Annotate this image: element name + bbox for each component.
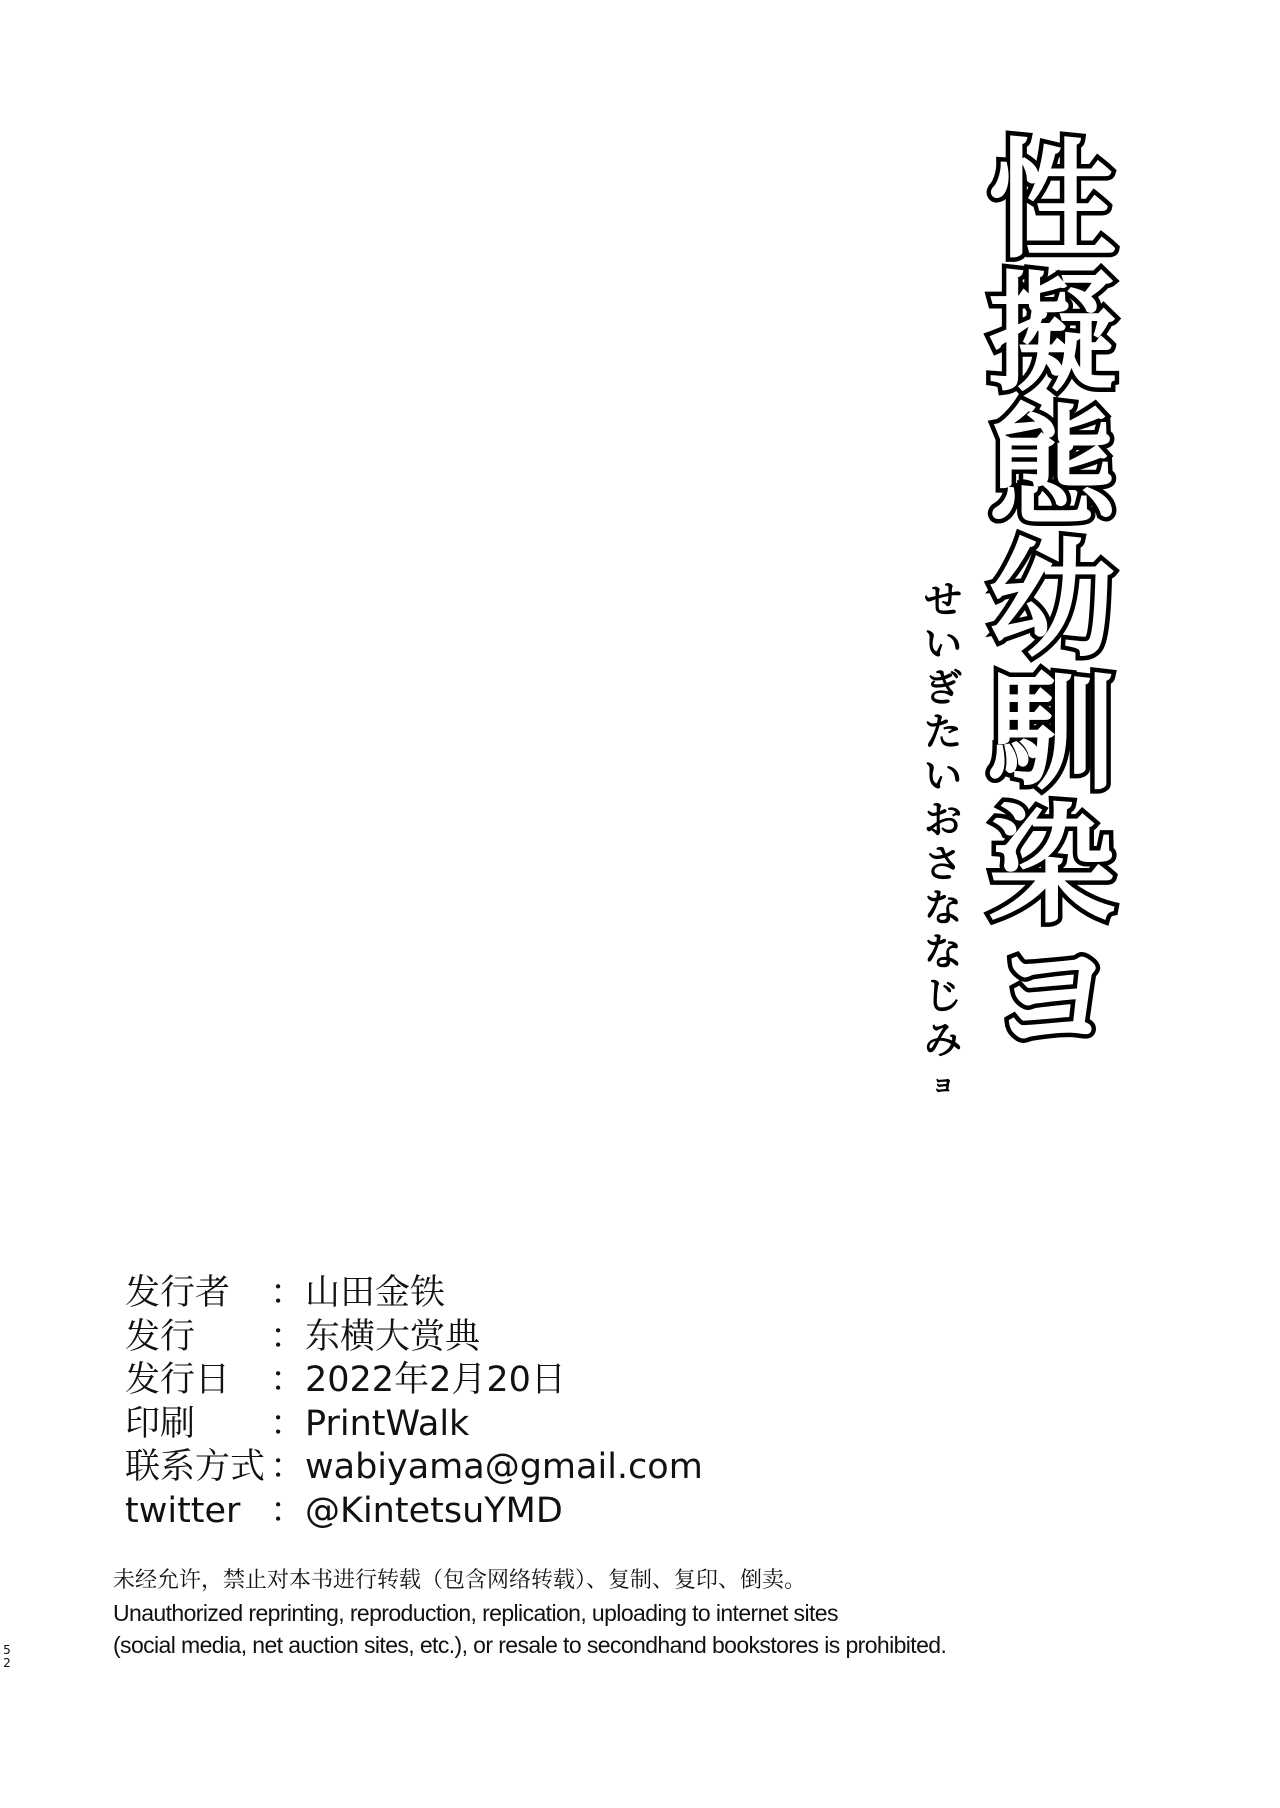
title-char: 幼 (988, 534, 1116, 667)
book-title: 性 擬 態 幼 馴 染 ヨ (972, 135, 1132, 1066)
colophon-value: 2022年2月20日 (305, 1359, 566, 1403)
colophon-row-contact: 联系方式 ： wabiyama@gmail.com (125, 1446, 703, 1490)
title-char: ヨ (988, 933, 1116, 1066)
colophon-key: 发行者 (125, 1272, 270, 1316)
reading-char: い (924, 622, 962, 666)
colophon-row-date: 发行日 ： 2022年2月20日 (125, 1359, 703, 1403)
notice-zh: 未经允许，禁止对本书进行转载（包含网络转载）、复制、复印、倒卖。 (113, 1565, 946, 1597)
contact-email: wabiyama@gmail.com (305, 1446, 703, 1490)
title-reading: せ い ぎ た い お さ な な じ み ョ (918, 578, 968, 1106)
reading-char: さ (924, 842, 962, 886)
twitter-handle: @KintetsuYMD (305, 1490, 563, 1534)
colophon-row-printer: 印刷 ： PrintWalk (125, 1403, 703, 1447)
reading-char: ョ (930, 1062, 956, 1106)
colophon-value: PrintWalk (305, 1403, 469, 1447)
page-number-digit: 2 (2, 1657, 12, 1670)
page-number: 5 2 (2, 1644, 12, 1670)
notice-en-line1: Unauthorized reprinting, reproduction, r… (113, 1597, 946, 1629)
colophon-sep: ： (270, 1316, 305, 1360)
title-char: 馴 (988, 667, 1116, 800)
colophon: 发行者 ： 山田金铁 发行 ： 东横大赏典 发行日 ： 2022年2月20日 印… (125, 1272, 703, 1533)
colophon-sep: ： (270, 1359, 305, 1403)
colophon-value: 山田金铁 (305, 1272, 445, 1316)
colophon-sep: ： (270, 1490, 305, 1534)
reading-char: な (924, 886, 962, 930)
colophon-row-issuer: 发行 ： 东横大赏典 (125, 1316, 703, 1360)
reading-char: せ (924, 578, 962, 622)
reading-char: お (924, 798, 962, 842)
reading-char: じ (924, 974, 962, 1018)
title-char: 態 (988, 401, 1116, 534)
title-char: 性 (988, 135, 1116, 268)
reading-char: た (924, 710, 962, 754)
colophon-key: 发行日 (125, 1359, 270, 1403)
colophon-sep: ： (270, 1272, 305, 1316)
copyright-notice: 未经允许，禁止对本书进行转载（包含网络转载）、复制、复印、倒卖。 Unautho… (113, 1565, 946, 1661)
title-char: 染 (988, 800, 1116, 933)
colophon-row-publisher: 发行者 ： 山田金铁 (125, 1272, 703, 1316)
colophon-sep: ： (270, 1446, 305, 1490)
colophon-value: 东横大赏典 (305, 1316, 480, 1360)
colophon-key: twitter (125, 1490, 270, 1534)
notice-en-line2: (social media, net auction sites, etc.),… (113, 1629, 946, 1661)
colophon-row-twitter: twitter ： @KintetsuYMD (125, 1490, 703, 1534)
colophon-key: 印刷 (125, 1403, 270, 1447)
reading-char: い (924, 754, 962, 798)
reading-char: み (924, 1018, 962, 1062)
title-char: 擬 (988, 268, 1116, 401)
reading-char: な (924, 930, 962, 974)
colophon-sep: ： (270, 1403, 305, 1447)
colophon-key: 发行 (125, 1316, 270, 1360)
reading-char: ぎ (924, 666, 962, 710)
colophon-key: 联系方式 (125, 1446, 270, 1490)
